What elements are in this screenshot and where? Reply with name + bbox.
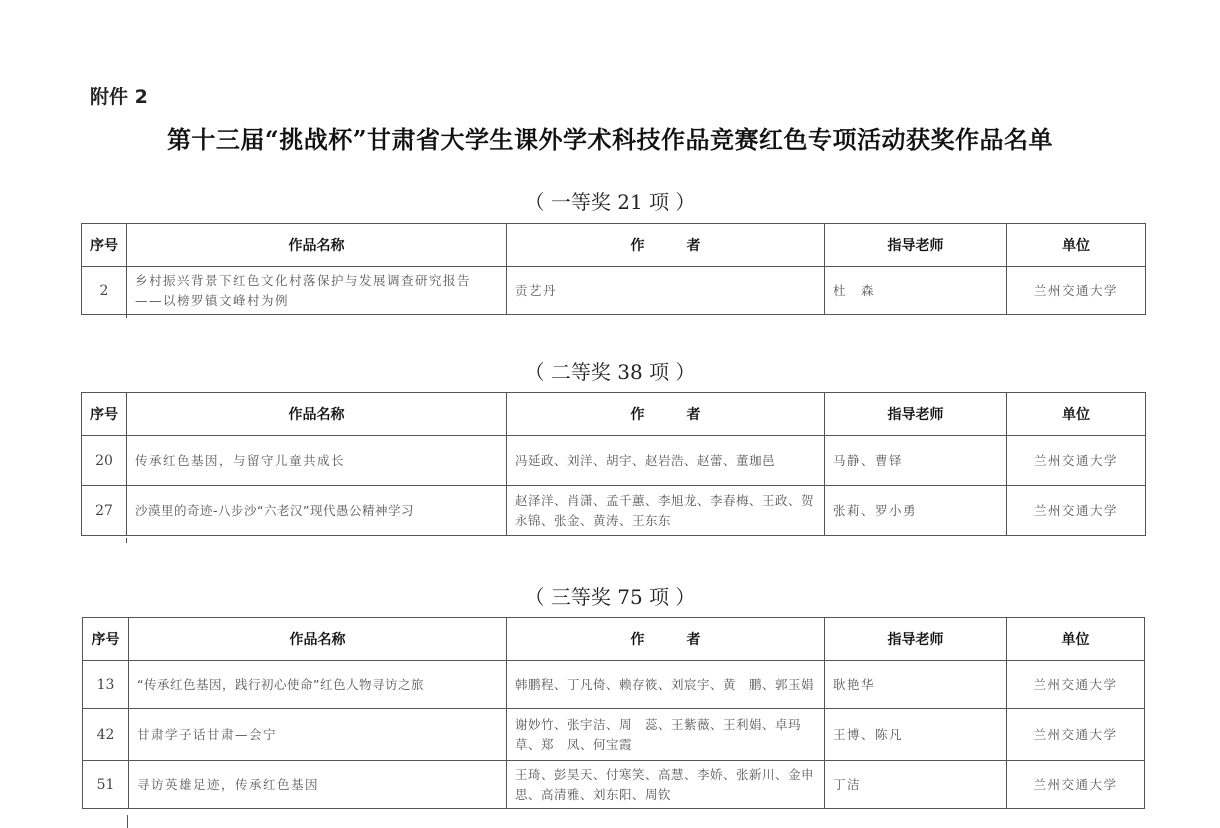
col-header-unit: 单位	[1007, 618, 1145, 661]
cell-index: 42	[83, 709, 129, 761]
cell-work-name: 寻访英雄足迹，传承红色基因	[129, 761, 507, 809]
cell-advisors: 马静、曹铎	[825, 436, 1007, 486]
col-header-index: 序号	[82, 224, 127, 267]
table-cut-edge	[126, 314, 127, 318]
cell-authors: 谢妙竹、张宇洁、周 蕊、王紫薇、王利娟、卓玛草、郑 凤、何宝霞	[507, 709, 825, 761]
cell-advisors: 杜 森	[825, 267, 1007, 315]
cell-work-name: 传承红色基因，与留守儿童共成长	[127, 436, 507, 486]
document-title: 第十三届“挑战杯”甘肃省大学生课外学术科技作品竞赛红色专项活动获奖作品名单	[0, 120, 1220, 155]
col-header-unit: 单位	[1007, 393, 1146, 436]
col-header-authors: 作 者	[507, 224, 825, 267]
cell-authors: 冯延政、刘洋、胡宇、赵岩浩、赵蕾、董珈邑	[507, 436, 825, 486]
cell-unit: 兰州交通大学	[1007, 436, 1146, 486]
col-header-index: 序号	[82, 393, 127, 436]
cell-unit: 兰州交通大学	[1007, 661, 1145, 709]
cell-advisors: 张莉、罗小勇	[825, 486, 1007, 536]
table-row: 20 传承红色基因，与留守儿童共成长 冯延政、刘洋、胡宇、赵岩浩、赵蕾、董珈邑 …	[82, 436, 1146, 486]
cell-unit: 兰州交通大学	[1007, 486, 1146, 536]
col-header-unit: 单位	[1007, 224, 1146, 267]
cell-index: 20	[82, 436, 127, 486]
cell-work-name: 沙漠里的奇迹-八步沙“六老汉”现代愚公精神学习	[127, 486, 507, 536]
table-header-row: 序号 作品名称 作 者 指导老师 单位	[82, 393, 1146, 436]
cell-authors: 赵泽洋、肖潇、孟千蕙、李旭龙、李春梅、王政、贺永锦、张金、黄涛、王东东	[507, 486, 825, 536]
table-cut-edge	[127, 815, 128, 828]
second-prize-table: 序号 作品名称 作 者 指导老师 单位 20 传承红色基因，与留守儿童共成长 冯…	[81, 392, 1146, 536]
cell-authors: 王琦、彭昊天、付寒笑、高慧、李娇、张新川、金申思、高清雅、刘东阳、周钦	[507, 761, 825, 809]
table-row: 42 甘肃学子话甘肃—会宁 谢妙竹、张宇洁、周 蕊、王紫薇、王利娟、卓玛草、郑 …	[83, 709, 1145, 761]
cell-work-name: “传承红色基因，践行初心使命”红色人物寻访之旅	[129, 661, 507, 709]
col-header-work-name: 作品名称	[127, 393, 507, 436]
cell-index: 2	[82, 267, 127, 315]
table-row: 51 寻访英雄足迹，传承红色基因 王琦、彭昊天、付寒笑、高慧、李娇、张新川、金申…	[83, 761, 1145, 809]
cell-unit: 兰州交通大学	[1007, 761, 1145, 809]
cell-work-name: 甘肃学子话甘肃—会宁	[129, 709, 507, 761]
cell-index: 51	[83, 761, 129, 809]
third-prize-table: 序号 作品名称 作 者 指导老师 单位 13 “传承红色基因，践行初心使命”红色…	[82, 617, 1145, 809]
cell-authors: 韩鹏程、丁凡倚、赖存筱、刘宸宇、黄 鹏、郭玉娟	[507, 661, 825, 709]
col-header-authors: 作 者	[507, 393, 825, 436]
cell-advisors: 王博、陈凡	[825, 709, 1007, 761]
cell-unit: 兰州交通大学	[1007, 267, 1146, 315]
col-header-work-name: 作品名称	[127, 224, 507, 267]
first-prize-table: 序号 作品名称 作 者 指导老师 单位 2 乡村振兴背景下红色文化村落保护与发展…	[81, 223, 1146, 315]
col-header-advisors: 指导老师	[825, 618, 1007, 661]
section-heading-second-prize: （ 二等奖 38 项 ）	[0, 356, 1220, 385]
cell-authors: 贡艺丹	[507, 267, 825, 315]
col-header-advisors: 指导老师	[825, 224, 1007, 267]
col-header-index: 序号	[83, 618, 129, 661]
attachment-label: 附件 2	[90, 82, 148, 109]
col-header-authors: 作 者	[507, 618, 825, 661]
cell-index: 13	[83, 661, 129, 709]
cell-unit: 兰州交通大学	[1007, 709, 1145, 761]
table-header-row: 序号 作品名称 作 者 指导老师 单位	[82, 224, 1146, 267]
table-header-row: 序号 作品名称 作 者 指导老师 单位	[83, 618, 1145, 661]
section-heading-third-prize: （ 三等奖 75 项 ）	[0, 581, 1220, 610]
cell-work-name: 乡村振兴背景下红色文化村落保护与发展调查研究报告——以榜罗镇文峰村为例	[127, 267, 507, 315]
table-cut-edge	[126, 538, 127, 543]
section-heading-first-prize: （ 一等奖 21 项 ）	[0, 186, 1220, 215]
table-row: 27 沙漠里的奇迹-八步沙“六老汉”现代愚公精神学习 赵泽洋、肖潇、孟千蕙、李旭…	[82, 486, 1146, 536]
table-row: 13 “传承红色基因，践行初心使命”红色人物寻访之旅 韩鹏程、丁凡倚、赖存筱、刘…	[83, 661, 1145, 709]
cell-advisors: 丁洁	[825, 761, 1007, 809]
col-header-advisors: 指导老师	[825, 393, 1007, 436]
col-header-work-name: 作品名称	[129, 618, 507, 661]
cell-advisors: 耿艳华	[825, 661, 1007, 709]
cell-index: 27	[82, 486, 127, 536]
table-row: 2 乡村振兴背景下红色文化村落保护与发展调查研究报告——以榜罗镇文峰村为例 贡艺…	[82, 267, 1146, 315]
